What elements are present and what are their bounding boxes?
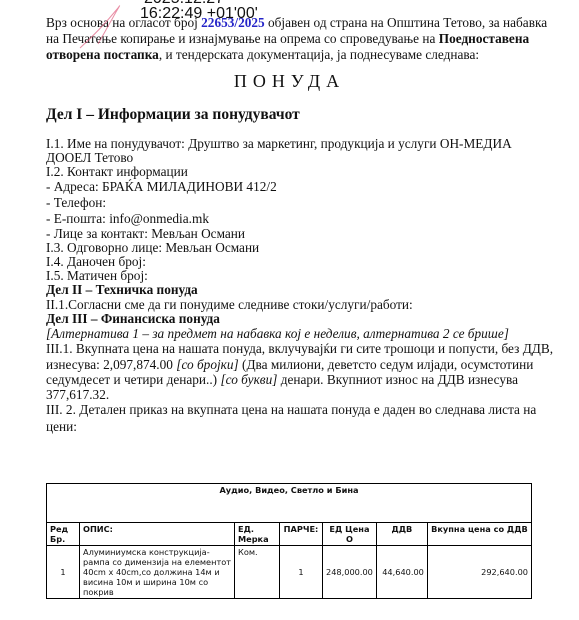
col-header-no: Ред Бр. [47, 523, 80, 546]
col-header-description: ОПИС: [80, 523, 235, 546]
col-header-pieces: ПАРЧЕ: [280, 523, 323, 546]
part3-note: [Алтернатива 1 – за предмет на набавка к… [46, 326, 509, 342]
vat-amount: 377,617.32. [46, 387, 109, 403]
detail-line: III. 2. Деталeн приказ на вкупната цена … [46, 402, 536, 418]
signature-timestamp: 2025.12.27 16:22:49 +01'00' [140, 0, 258, 21]
col-header-unit: ЕД. Мерка [235, 523, 280, 546]
detail-line-cont: цени: [46, 419, 77, 435]
col-header-total: Вкупна цена со ДДВ [427, 523, 531, 546]
col-header-vat: ДДВ [376, 523, 427, 546]
part2-heading: Дел II – Техничка понуда [46, 282, 198, 298]
table-header-row: Ред Бр. ОПИС: ЕД. Мерка ПАРЧЕ: ЕД Цена О… [47, 523, 532, 546]
total-price-line-2: изнесува: 2,097,874.00 [со бројки] (Два … [46, 357, 533, 373]
phone-line: - Телефон: [46, 195, 106, 211]
col-header-unit-price: ЕД Цена О [323, 523, 377, 546]
signature-mark [70, 0, 140, 50]
table-caption: Аудио, Видео, Светло и Бина [47, 484, 532, 523]
table-row: 1 Алуминиумска конструкција-рампа со дим… [47, 546, 532, 599]
total-price-line-3: седумдесет и четири денари..) [со букви]… [46, 372, 518, 388]
document-title: ПОНУДА [0, 71, 579, 92]
address-line: - Адреса: БРАЌА МИЛАДИНОВИ 412/2 [46, 179, 277, 195]
contact-info-label: I.2. Контакт информации [46, 164, 188, 180]
part3-heading: Дел III – Финансиска понуда [46, 311, 220, 327]
document-page: 2025.12.27 16:22:49 +01'00' Врз основа н… [0, 0, 579, 620]
email-line: - Е-пошта: info@onmedia.mk [46, 211, 209, 227]
part1-heading: Дел I – Информации за понудувачот [46, 106, 300, 124]
price-table: Аудио, Видео, Светло и Бина Ред Бр. ОПИС… [46, 483, 532, 599]
total-price-line-1: III.1. Вкупната цена на нашата понуда, в… [46, 341, 553, 357]
